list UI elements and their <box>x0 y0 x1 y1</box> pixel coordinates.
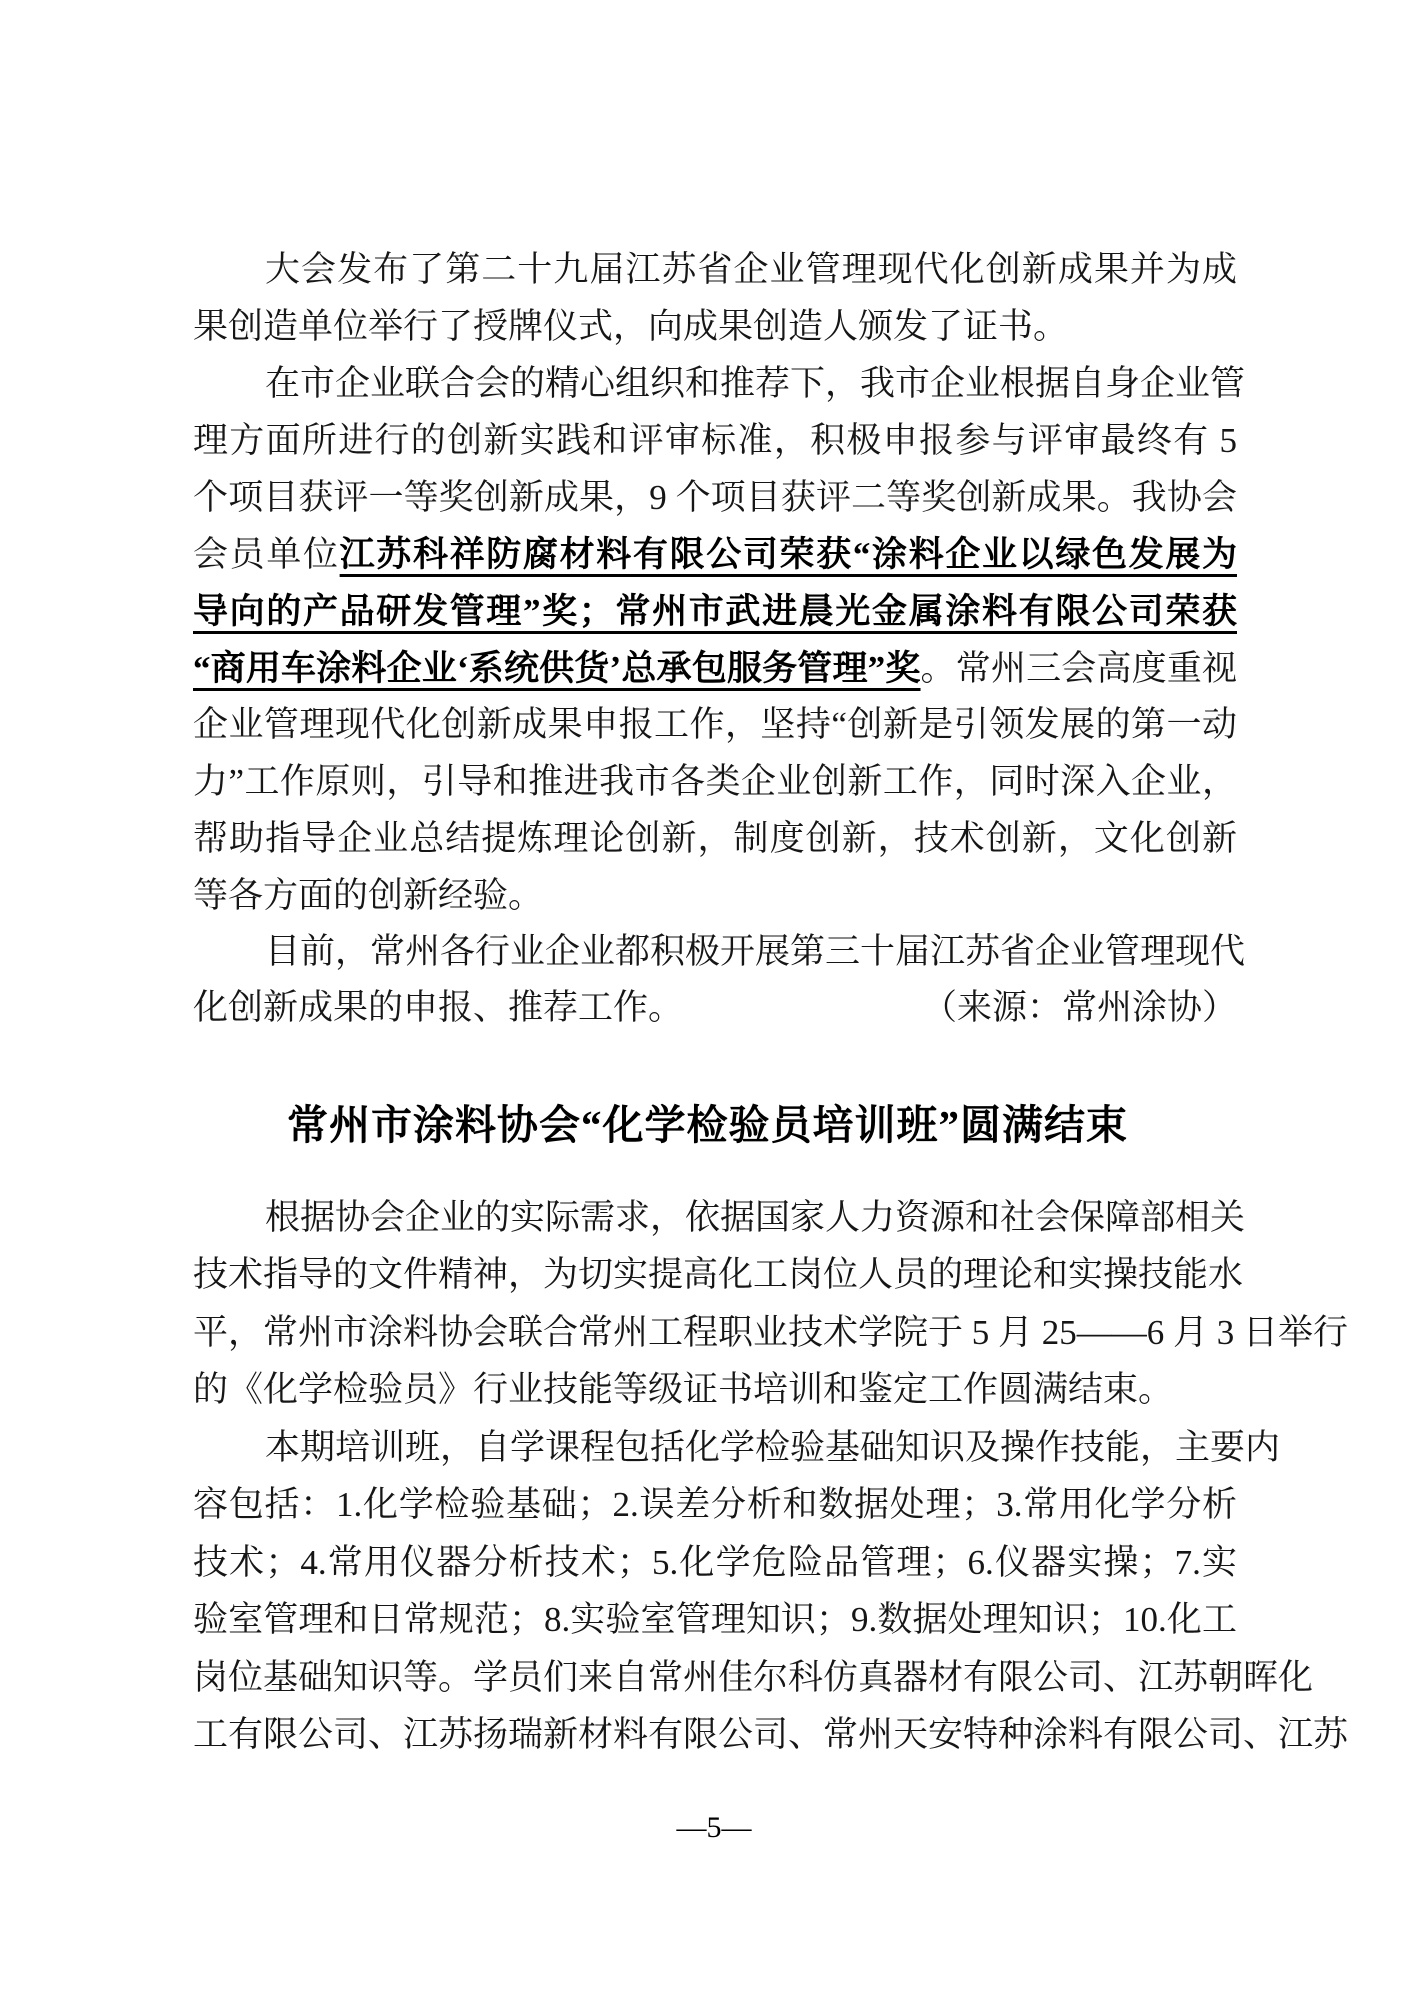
paragraph-line: 工有限公司、江苏扬瑞新材料有限公司、常州天安特种涂料有限公司、江苏 <box>193 1707 1237 1763</box>
paragraph-text: 会员单位 <box>193 535 340 574</box>
paragraph-text: 。常州三会高度重视 <box>921 649 1237 688</box>
paragraph-line: 力”工作原则，引导和推进我市各类企业创新工作，同时深入企业， <box>193 754 1237 810</box>
paragraph-line: 技术指导的文件精神，为切实提高化工岗位人员的理论和实操技能水 <box>193 1247 1237 1303</box>
paragraph-line: 理方面所进行的创新实践和评审标准，积极申报参与评审最终有 5 <box>193 413 1237 469</box>
award-highlight-text: 导向的产品研发管理”奖；常州市武进晨光金属涂料有限公司荣获 <box>193 592 1237 631</box>
paragraph-line: 目前，常州各行业企业都积极开展第三十届江苏省企业管理现代 <box>193 924 1237 980</box>
paragraph-line: 帮助指导企业总结提炼理论创新，制度创新，技术创新，文化创新 <box>193 811 1237 867</box>
paragraph-line: 在市企业联合会的精心组织和推荐下，我市企业根据自身企业管 <box>193 356 1237 412</box>
paragraph-line: 果创造单位举行了授牌仪式，向成果创造人颁发了证书。 <box>193 299 1237 355</box>
paragraph-line: 大会发布了第二十九届江苏省企业管理现代化创新成果并为成 <box>193 242 1237 298</box>
paragraph-line: 岗位基础知识等。学员们来自常州佳尔科仿真器材有限公司、江苏朝晖化 <box>193 1650 1237 1706</box>
paragraph-line: 企业管理现代化创新成果申报工作，坚持“创新是引领发展的第一动 <box>193 697 1237 753</box>
paragraph-line: 化创新成果的申报、推荐工作。 （来源：常州涂协） <box>193 980 1237 1036</box>
source-attribution: （来源：常州涂协） <box>922 980 1237 1036</box>
paragraph-line: 验室管理和日常规范；8.实验室管理知识；9.数据处理知识；10.化工 <box>193 1592 1237 1648</box>
paragraph-line: 容包括：1.化学检验基础；2.误差分析和数据处理；3.常用化学分析 <box>193 1477 1237 1533</box>
paragraph-line: 等各方面的创新经验。 <box>193 868 1237 924</box>
document-page: 大会发布了第二十九届江苏省企业管理现代化创新成果并为成 果创造单位举行了授牌仪式… <box>0 0 1415 2000</box>
paragraph-line: 的《化学检验员》行业技能等级证书培训和鉴定工作圆满结束。 <box>193 1362 1237 1418</box>
paragraph-line: 会员单位江苏科祥防腐材料有限公司荣获“涂料企业以绿色发展为 <box>193 527 1237 583</box>
paragraph-line: 技术；4.常用仪器分析技术；5.化学危险品管理；6.仪器实操；7.实 <box>193 1535 1237 1591</box>
paragraph-line: 个项目获评一等奖创新成果，9 个项目获评二等奖创新成果。我协会 <box>193 470 1237 526</box>
paragraph-text: 化创新成果的申报、推荐工作。 <box>193 988 683 1027</box>
award-highlight-text: 江苏科祥防腐材料有限公司荣获“涂料企业以绿色发展为 <box>340 535 1237 574</box>
paragraph-line: 平，常州市涂料协会联合常州工程职业技术学院于 5 月 25——6 月 3 日举行 <box>193 1305 1237 1361</box>
award-highlight-text: “商用车涂料企业‘系统供货’总承包服务管理”奖 <box>193 649 921 688</box>
paragraph-line: 本期培训班，自学课程包括化学检验基础知识及操作技能，主要内 <box>193 1420 1237 1476</box>
article-title: 常州市涂料协会“化学检验员培训班”圆满结束 <box>0 1097 1415 1153</box>
page-number: —5— <box>0 1810 1415 1846</box>
paragraph-line: “商用车涂料企业‘系统供货’总承包服务管理”奖。常州三会高度重视 <box>193 641 1237 697</box>
paragraph-line: 根据协会企业的实际需求，依据国家人力资源和社会保障部相关 <box>193 1190 1237 1246</box>
paragraph-line: 导向的产品研发管理”奖；常州市武进晨光金属涂料有限公司荣获 <box>193 584 1237 640</box>
